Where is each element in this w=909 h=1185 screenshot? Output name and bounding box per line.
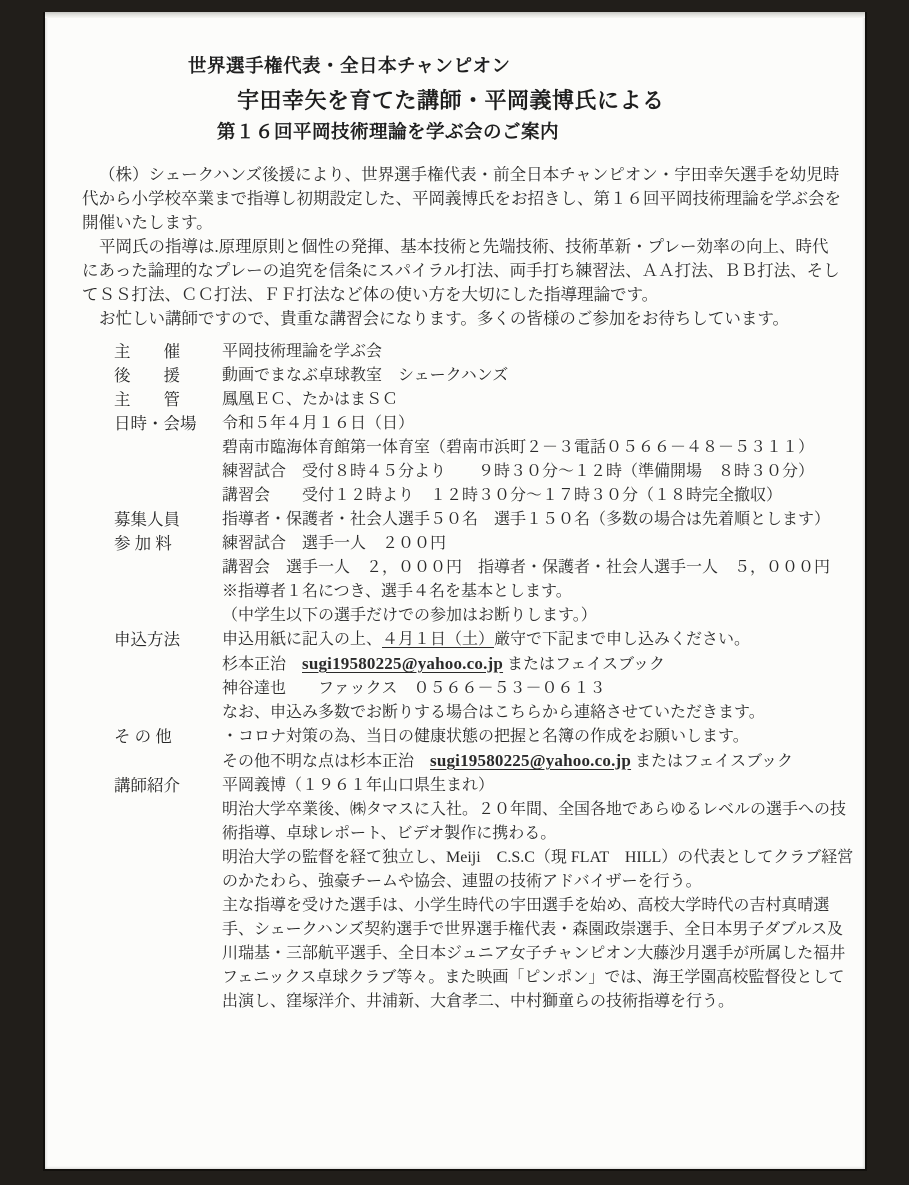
info-value-line: 平岡技術理論を学ぶ会 <box>222 340 854 364</box>
text-segment: またはフェイスブック <box>631 753 793 770</box>
text-segment: 申込用紙に記入の上、 <box>222 631 382 648</box>
info-value-line: 申込用紙に記入の上、４月１日（土）厳守で下記まで申し込みください。 <box>222 628 854 652</box>
text-segment: ※指導者１名につき、選手４名を基本とします。 <box>222 583 572 600</box>
info-value-line: 講習会 受付１２時より １２時３０分〜１７時３０分（１８時完全撤収） <box>222 484 854 508</box>
info-label-others: そ の 他 <box>114 725 222 749</box>
info-value-line: 明治大学の監督を経て独立し、Meiji C.S.C（現 FLAT HILL）の代… <box>222 846 854 894</box>
info-value-line: ・コロナ対策の為、当日の健康状態の把握と名簿の作成をお願いします。 <box>222 725 854 749</box>
title-line-2: 宇田幸矢を育てた講師・平岡義博氏による <box>237 90 865 112</box>
info-label-supporter: 後 援 <box>114 364 222 388</box>
text-segment: 平岡義博（１９６１年山口県生まれ） <box>222 777 494 794</box>
text-segment: 練習試合 受付８時４５分より ９時３０分〜１２時（準備開場 ８時３０分） <box>222 463 814 480</box>
info-value-line: 令和５年４月１６日（日） <box>222 412 854 436</box>
info-value-line: 碧南市臨海体育館第一体育室（碧南市浜町２－３電話０５６６－４８－５３１１） <box>222 436 854 460</box>
info-row-organizer: 主 催平岡技術理論を学ぶ会 <box>45 340 865 364</box>
info-row-management: 主 管鳳凰ＥＣ、たかはまＳＣ <box>45 388 865 412</box>
info-row-supporter: 後 援動画でまなぶ卓球教室 シェークハンズ <box>45 364 865 388</box>
info-row-lecturer-profile: 講師紹介平岡義博（１９６１年山口県生まれ）明治大学卒業後、㈱タマスに入社。２０年… <box>45 774 865 1014</box>
text-segment: 指導者・保護者・社会人選手５０名 選手１５０名（多数の場合は先着順とします） <box>222 511 830 528</box>
text-segment: 明治大学の監督を経て独立し、Meiji C.S.C（現 FLAT HILL）の代… <box>222 849 853 890</box>
intro-paragraph-1: （株）シェークハンズ後援により、世界選手権代表・前全日本チャンピオン・宇田幸矢選… <box>82 163 844 235</box>
info-row-others: そ の 他・コロナ対策の為、当日の健康状態の把握と名簿の作成をお願いします。その… <box>45 725 865 774</box>
text-segment: 平岡技術理論を学ぶ会 <box>222 343 382 360</box>
info-row-datetime-venue: 日時・会場令和５年４月１６日（日）碧南市臨海体育館第一体育室（碧南市浜町２－３電… <box>45 412 865 508</box>
info-value-line: 明治大学卒業後、㈱タマスに入社。２０年間、全国各地であらゆるレベルの選手への技術… <box>222 798 854 846</box>
info-value-capacity: 指導者・保護者・社会人選手５０名 選手１５０名（多数の場合は先着順とします） <box>222 508 854 532</box>
text-segment: 明治大学卒業後、㈱タマスに入社。２０年間、全国各地であらゆるレベルの選手への技術… <box>222 801 846 842</box>
text-segment: （中学生以下の選手だけでの参加はお断りします。） <box>222 607 597 624</box>
intro-section: （株）シェークハンズ後援により、世界選手権代表・前全日本チャンピオン・宇田幸矢選… <box>82 163 844 331</box>
text-segment: 練習試合 選手一人 ２００円 <box>222 535 446 552</box>
info-value-management: 鳳凰ＥＣ、たかはまＳＣ <box>222 388 854 412</box>
info-row-fee: 参 加 料練習試合 選手一人 ２００円講習会 選手一人 ２，０００円 指導者・保… <box>45 532 865 628</box>
document-title: 世界選手権代表・全日本チャンピオン 宇田幸矢を育てた講師・平岡義博氏による 第１… <box>45 18 865 142</box>
email-text: sugi19580225@yahoo.co.jp <box>430 751 631 770</box>
text-segment: 講習会 受付１２時より １２時３０分〜１７時３０分（１８時完全撤収） <box>222 487 782 504</box>
text-segment: ・コロナ対策の為、当日の健康状態の把握と名簿の作成をお願いします。 <box>222 728 749 745</box>
info-label-capacity: 募集人員 <box>114 508 222 532</box>
text-segment: 主な指導を受けた選手は、小学生時代の宇田選手を始め、高校大学時代の吉村真晴選手、… <box>222 897 845 1010</box>
text-segment: 杉本正治 <box>222 656 302 673</box>
email-text: sugi19580225@yahoo.co.jp <box>302 654 503 673</box>
info-value-line: 神谷達也 ファックス ０５６６－５３－０６１３ <box>222 677 854 701</box>
info-value-datetime-venue: 令和５年４月１６日（日）碧南市臨海体育館第一体育室（碧南市浜町２－３電話０５６６… <box>222 412 854 508</box>
info-label-lecturer-profile: 講師紹介 <box>114 774 222 798</box>
info-label-management: 主 管 <box>114 388 222 412</box>
info-value-line: 動画でまなぶ卓球教室 シェークハンズ <box>222 364 854 388</box>
info-value-line: 鳳凰ＥＣ、たかはまＳＣ <box>222 388 854 412</box>
info-value-line: 平岡義博（１９６１年山口県生まれ） <box>222 774 854 798</box>
info-label-fee: 参 加 料 <box>114 532 222 556</box>
deadline-text: ４月１日（土） <box>382 631 494 648</box>
info-row-capacity: 募集人員指導者・保護者・社会人選手５０名 選手１５０名（多数の場合は先着順としま… <box>45 508 865 532</box>
info-value-line: ※指導者１名につき、選手４名を基本とします。 <box>222 580 854 604</box>
title-line-1: 世界選手権代表・全日本チャンピオン <box>188 58 865 77</box>
text-segment: またはフェイスブック <box>503 656 665 673</box>
info-value-line: なお、申込み多数でお断りする場合はこちらから連絡させていただきます。 <box>222 701 854 725</box>
info-value-line: 練習試合 選手一人 ２００円 <box>222 532 854 556</box>
text-segment: 神谷達也 ファックス ０５６６－５３－０６１３ <box>222 680 606 697</box>
info-value-application: 申込用紙に記入の上、４月１日（土）厳守で下記まで申し込みください。杉本正治 su… <box>222 628 854 725</box>
text-segment: 講習会 選手一人 ２，０００円 指導者・保護者・社会人選手一人 ５，０００円 <box>222 559 830 576</box>
info-label-datetime-venue: 日時・会場 <box>114 412 222 436</box>
info-value-line: 指導者・保護者・社会人選手５０名 選手１５０名（多数の場合は先着順とします） <box>222 508 854 532</box>
info-list: 主 催平岡技術理論を学ぶ会後 援動画でまなぶ卓球教室 シェークハンズ主 管鳳凰Ｅ… <box>45 340 865 1014</box>
info-value-fee: 練習試合 選手一人 ２００円講習会 選手一人 ２，０００円 指導者・保護者・社会… <box>222 532 854 628</box>
info-value-organizer: 平岡技術理論を学ぶ会 <box>222 340 854 364</box>
text-segment: 鳳凰ＥＣ、たかはまＳＣ <box>222 391 398 408</box>
info-value-line: その他不明な点は杉本正治 sugi19580225@yahoo.co.jp また… <box>222 749 854 774</box>
info-label-organizer: 主 催 <box>114 340 222 364</box>
info-value-line: 杉本正治 sugi19580225@yahoo.co.jp またはフェイスブック <box>222 652 854 677</box>
info-label-application: 申込方法 <box>114 628 222 652</box>
info-value-lecturer-profile: 平岡義博（１９６１年山口県生まれ）明治大学卒業後、㈱タマスに入社。２０年間、全国… <box>222 774 854 1014</box>
text-segment: 碧南市臨海体育館第一体育室（碧南市浜町２－３電話０５６６－４８－５３１１） <box>222 439 814 456</box>
title-line-3: 第１６回平岡技術理論を学ぶ会のご案内 <box>217 124 865 143</box>
info-value-line: 練習試合 受付８時４５分より ９時３０分〜１２時（準備開場 ８時３０分） <box>222 460 854 484</box>
info-value-supporter: 動画でまなぶ卓球教室 シェークハンズ <box>222 364 854 388</box>
intro-paragraph-3: お忙しい講師ですので、貴重な講習会になります。多くの皆様のご参加をお待ちしていま… <box>82 307 844 331</box>
text-segment: 動画でまなぶ卓球教室 シェークハンズ <box>222 367 508 384</box>
text-segment: なお、申込み多数でお断りする場合はこちらから連絡させていただきます。 <box>222 704 765 721</box>
info-value-line: （中学生以下の選手だけでの参加はお断りします。） <box>222 604 854 628</box>
info-value-others: ・コロナ対策の為、当日の健康状態の把握と名簿の作成をお願いします。その他不明な点… <box>222 725 854 774</box>
text-segment: その他不明な点は杉本正治 <box>222 753 430 770</box>
info-row-application: 申込方法申込用紙に記入の上、４月１日（土）厳守で下記まで申し込みください。杉本正… <box>45 628 865 725</box>
info-value-line: 主な指導を受けた選手は、小学生時代の宇田選手を始め、高校大学時代の吉村真晴選手、… <box>222 894 854 1014</box>
document-page: 世界選手権代表・全日本チャンピオン 宇田幸矢を育てた講師・平岡義博氏による 第１… <box>43 12 867 1171</box>
text-segment: 令和５年４月１６日（日） <box>222 415 414 432</box>
info-value-line: 講習会 選手一人 ２，０００円 指導者・保護者・社会人選手一人 ５，０００円 <box>222 556 854 580</box>
intro-paragraph-2: 平岡氏の指導は.原理原則と個性の発揮、基本技術と先端技術、技術革新・プレー効率の… <box>82 235 844 307</box>
text-segment: 厳守で下記まで申し込みください。 <box>494 631 750 648</box>
